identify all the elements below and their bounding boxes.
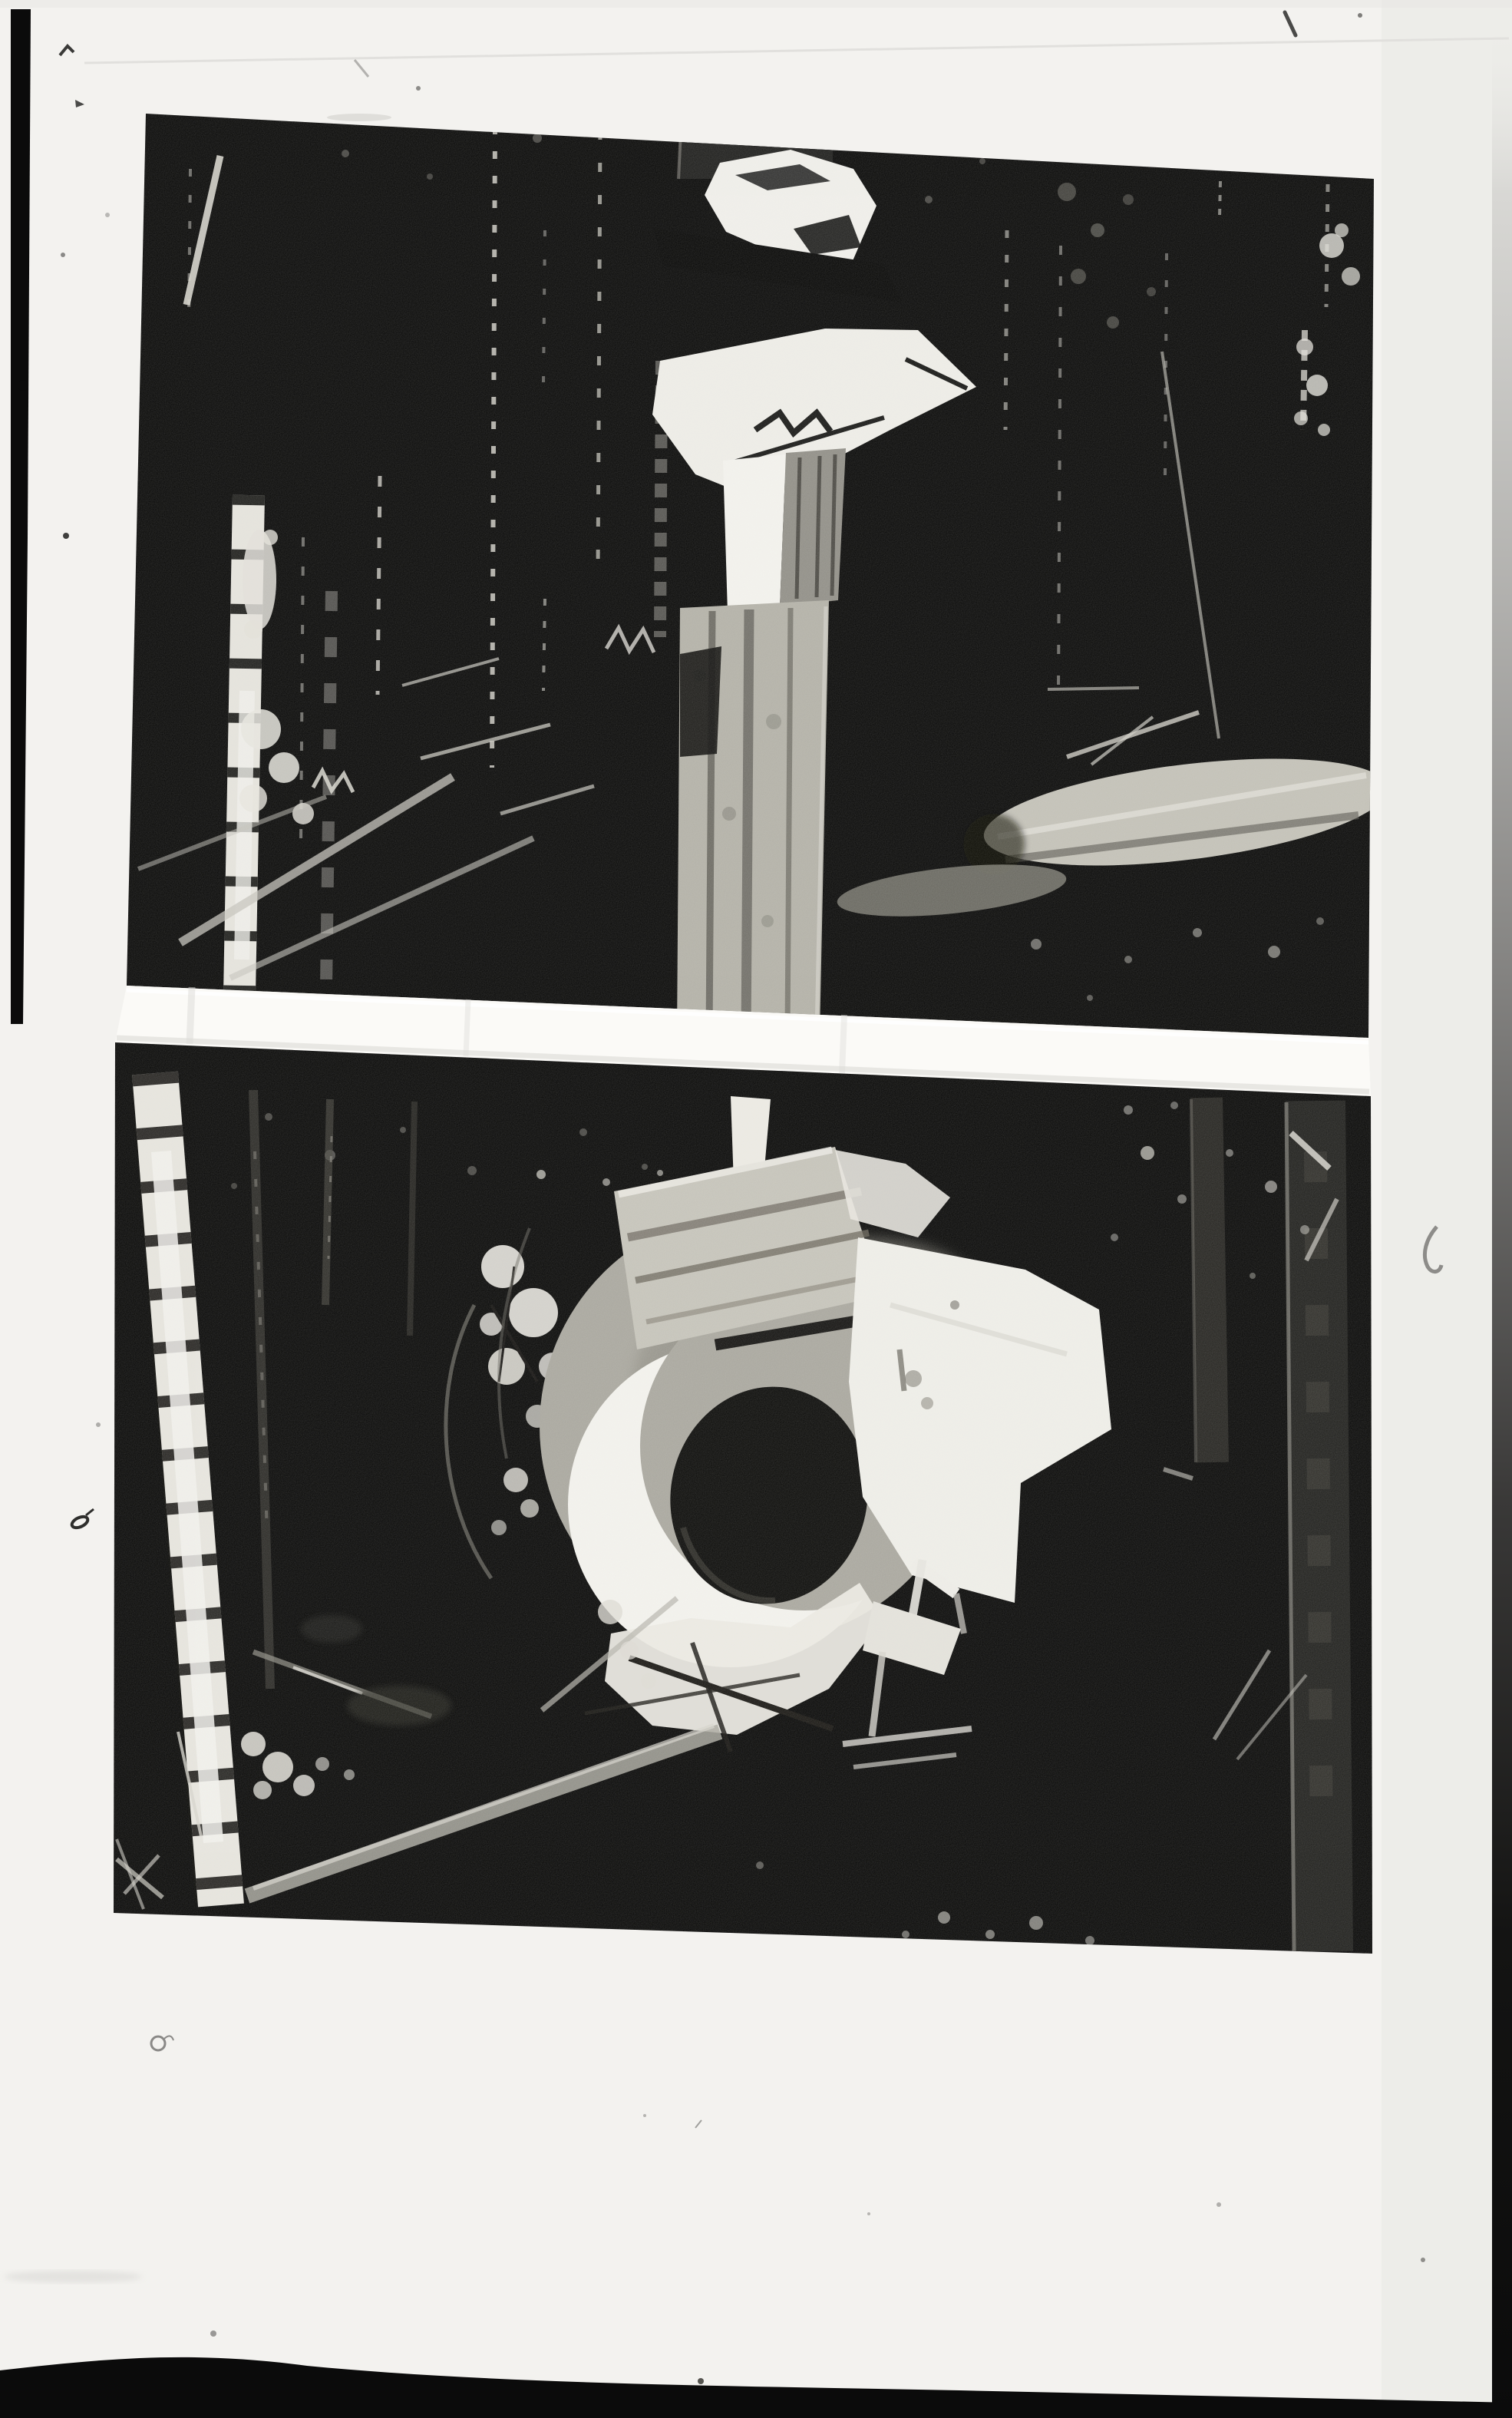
faint-speck <box>105 213 110 217</box>
gray-smudge <box>4 2271 142 2283</box>
micro-speck-4 <box>1421 2258 1425 2262</box>
micro-speck-1 <box>643 2114 646 2117</box>
dot-speck-2 <box>698 2378 704 2384</box>
faint-smudge <box>327 114 391 121</box>
page-top-edge-shade <box>0 0 1512 8</box>
photo-grain-bottom <box>114 1041 1376 1958</box>
photo-bottom <box>114 1041 1376 1958</box>
top-speck <box>416 86 421 91</box>
micro-speck-2 <box>867 2212 870 2215</box>
micro-speck-3 <box>1217 2202 1221 2207</box>
photo-top <box>127 92 1394 1044</box>
photo-grain-top <box>127 92 1378 1044</box>
dust-speck <box>61 253 65 257</box>
scan-edge-right <box>1492 0 1512 2418</box>
tiny-speck <box>1358 13 1362 18</box>
scan-edge-nub <box>18 380 28 391</box>
faint-speck-2 <box>96 1422 101 1427</box>
dark-speck <box>63 533 69 539</box>
scanned-page <box>0 0 1512 2418</box>
dot-speck <box>210 2330 216 2337</box>
